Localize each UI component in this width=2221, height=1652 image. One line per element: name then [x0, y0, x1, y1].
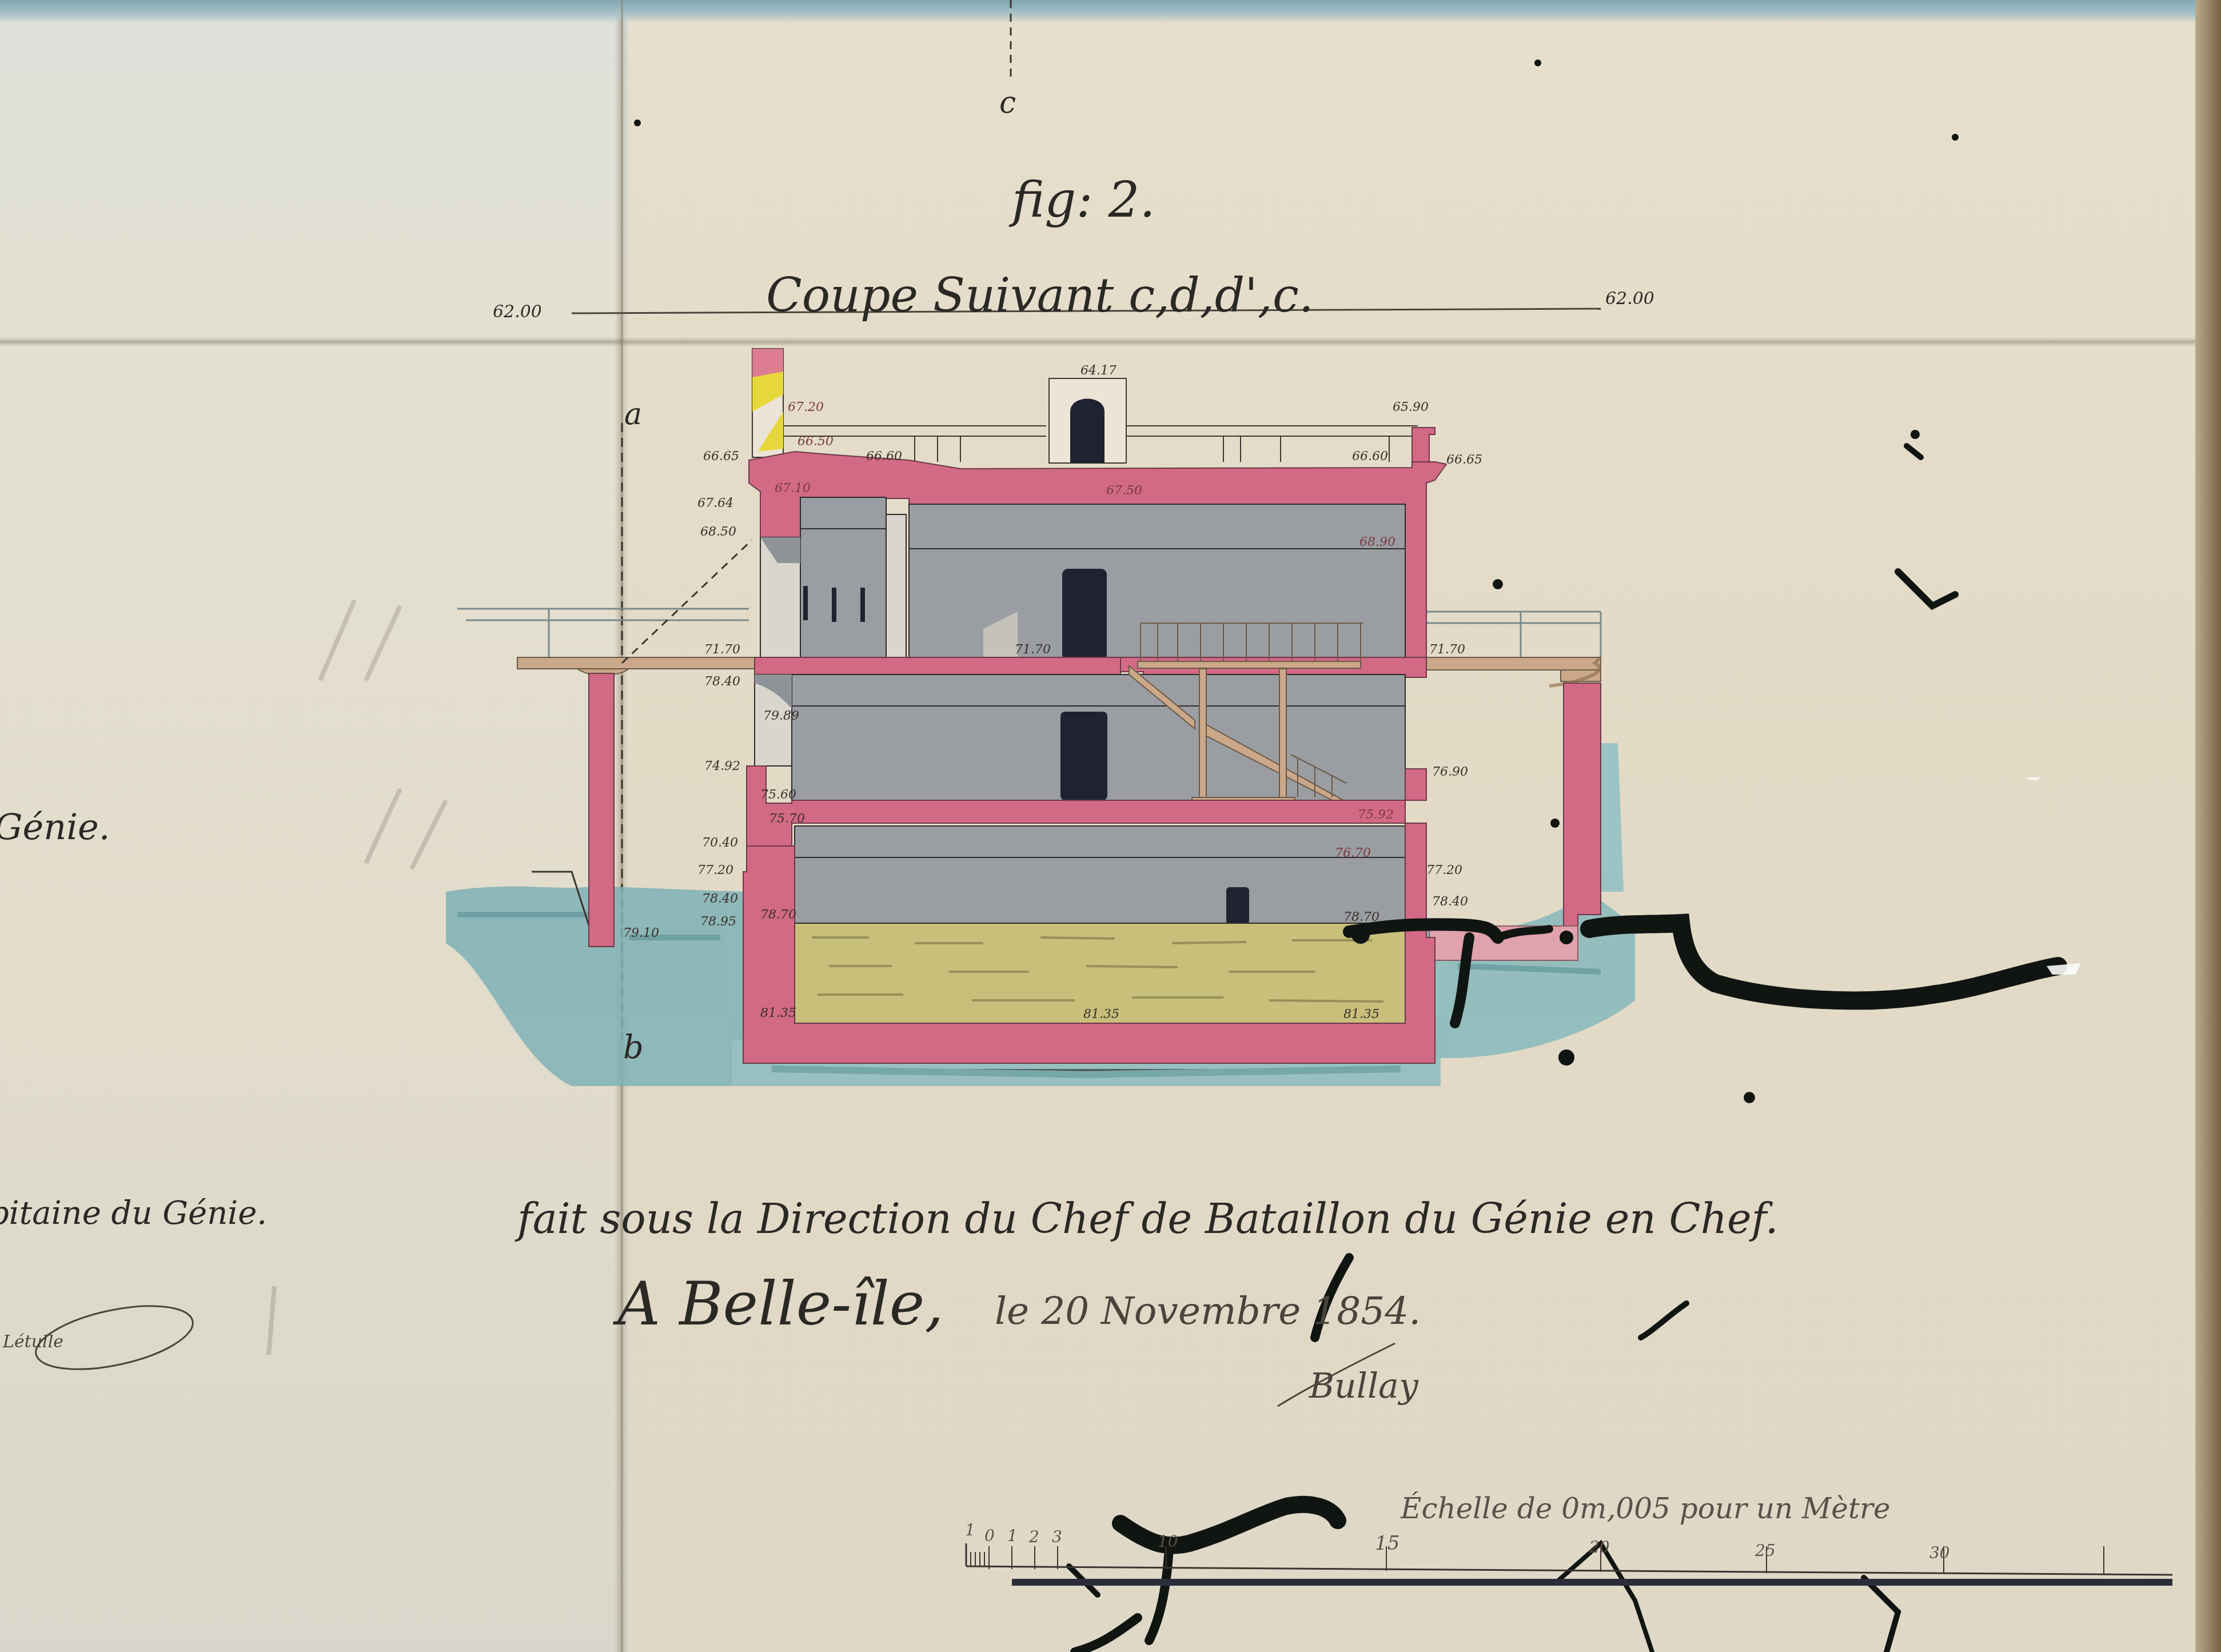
right-footing — [1429, 926, 1578, 960]
bleed-through-script — [269, 600, 446, 1355]
footer-date: le 20 Novembre 1854. — [995, 1289, 1421, 1333]
elevation-bottom-right: 81.35 — [1343, 1007, 1379, 1021]
margin-fragment-genie: Génie. — [0, 806, 110, 848]
section-drawing — [0, 0, 2221, 1652]
scale-tick-label: 15 — [1375, 1532, 1399, 1555]
footer-line-direction: fait sous la Direction du Chef de Batail… — [517, 1195, 1779, 1243]
scale-tick-label: 1 — [1007, 1526, 1018, 1545]
footer-signature: Bullay — [1309, 1366, 1418, 1406]
scale-tick-label: 3 — [1052, 1527, 1062, 1546]
scale-tick-label: 0 — [984, 1526, 995, 1545]
footer-place: A Belle-île, — [617, 1269, 943, 1339]
elevation-cellar-water: 78.70 — [760, 908, 796, 922]
cellar-interior — [747, 826, 1405, 924]
margin-fragment-capitaine: pitaine du Génie. — [0, 1195, 267, 1232]
scale-tick-label: 2 — [1029, 1527, 1039, 1546]
glare-highlights — [2024, 777, 2081, 975]
elevation-bottom-mid: 81.35 — [1083, 1007, 1119, 1021]
section-marker-c: c — [999, 86, 1016, 120]
elevation-left-70-40: 70.40 — [702, 836, 738, 850]
roof-lantern — [1049, 378, 1126, 463]
elevation-cellar-water-right: 78.70 — [1343, 910, 1379, 924]
elevation-floor2: 75.60 — [760, 788, 796, 802]
scale-tick-label: 10 — [1158, 1532, 1178, 1551]
elevation-lantern-top: 64.17 — [1080, 364, 1117, 378]
elevation-left-78-40: 78.40 — [702, 892, 738, 906]
elevation-cornice-left: 66.65 — [703, 449, 739, 464]
elevation-left-77-20: 77.20 — [697, 863, 733, 877]
elevation-parapet-right: 65.90 — [1393, 400, 1429, 414]
elevation-floor1-left: 71.70 — [704, 643, 740, 657]
elevation-step-left: 74.92 — [704, 759, 740, 773]
datum-left-label: 62.00 — [493, 302, 542, 322]
elevation-left-68-50: 68.50 — [700, 525, 736, 539]
margin-signature: Létulle — [3, 1332, 63, 1352]
datum-right-label: 62.00 — [1605, 289, 1654, 309]
figure-label: fig: 2. — [1012, 171, 1155, 229]
elevation-below-floor1: 78.40 — [704, 675, 740, 689]
elevation-floor1-mid: 71.70 — [1015, 643, 1051, 657]
elevation-right-77-20: 77.20 — [1426, 863, 1462, 877]
elevation-cellar-ceiling: 75.70 — [769, 812, 805, 826]
left-parapet-with-flag — [752, 349, 783, 457]
elevation-roof-left: 66.50 — [798, 434, 834, 449]
elevation-floor1-right: 71.70 — [1429, 643, 1465, 657]
scale-tick-label: 20 — [1589, 1538, 1610, 1557]
scale-tick-label: 25 — [1755, 1541, 1776, 1560]
elevation-water-left: 78.95 — [700, 915, 736, 929]
elevation-step-right: 76.90 — [1432, 765, 1468, 779]
elevation-upper-room: 68.90 — [1359, 535, 1395, 549]
elevation-floor2-slab: 75.92 — [1358, 808, 1394, 822]
elevation-ground-left: 79.10 — [623, 926, 659, 940]
elevation-room2: 79.89 — [763, 709, 799, 723]
elevation-ceiling-main: 67.50 — [1106, 484, 1142, 498]
elevation-roof-right: 66.60 — [1352, 449, 1388, 464]
elevation-roof-mid: 66.60 — [866, 449, 902, 464]
elevation-parapet-left: 67.20 — [788, 400, 824, 414]
elevation-cellar-mark-right: 76.70 — [1335, 846, 1371, 860]
left-support-column — [589, 673, 614, 947]
scale-bar — [966, 1543, 2172, 1586]
elevation-ceiling-left-room: 67.10 — [775, 481, 811, 496]
elevation-left-67-64: 67.64 — [697, 496, 733, 510]
scale-tick-label: 30 — [1929, 1543, 1950, 1562]
section-axis-label-a: a — [624, 397, 642, 432]
upper-floor-interior — [760, 497, 1405, 660]
section-title: Coupe Suivant c,d,d',c. — [766, 269, 1314, 323]
elevation-cornice-right: 66.65 — [1446, 453, 1482, 467]
elevation-bottom-left: 81.35 — [760, 1006, 796, 1020]
elevation-right-78-40: 78.40 — [1432, 895, 1468, 909]
scale-caption: Échelle de 0m,005 pour un Mètre — [1401, 1492, 1890, 1525]
scale-tick-label: 1 — [965, 1521, 975, 1539]
right-support-column — [1564, 683, 1601, 937]
section-axis-label-b: b — [623, 1029, 644, 1066]
